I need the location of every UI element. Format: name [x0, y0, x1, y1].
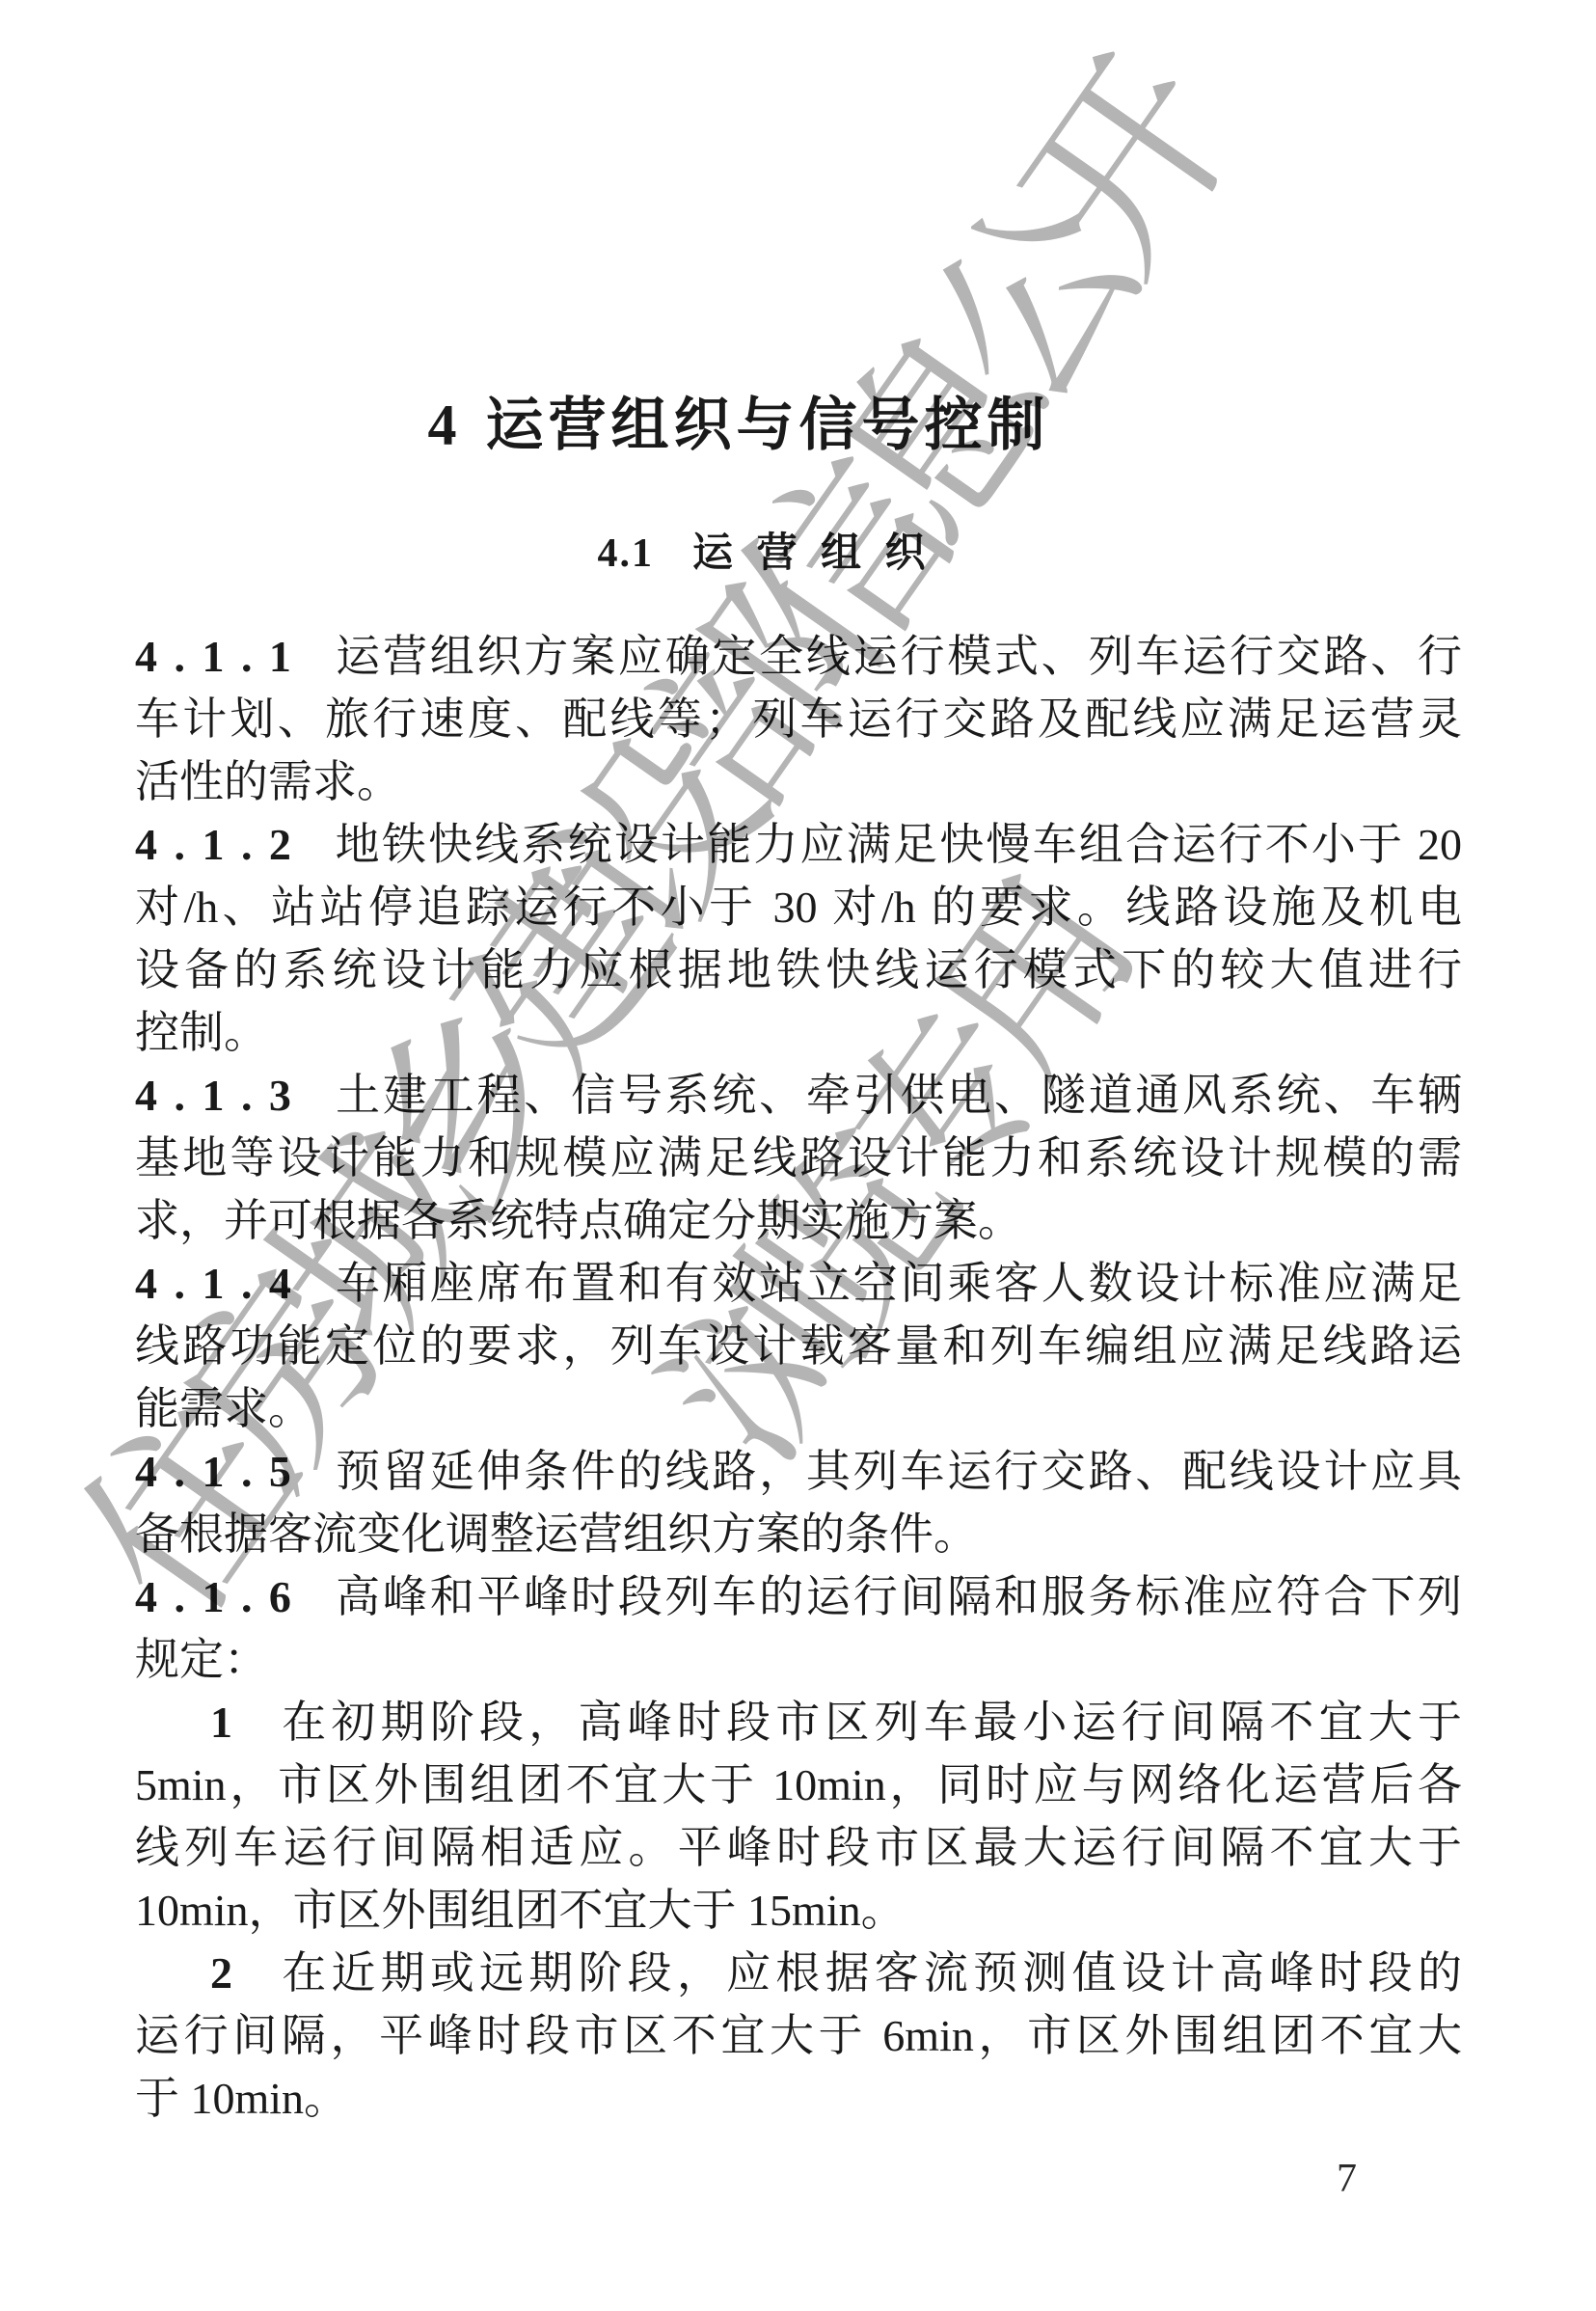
subitem-line: 线列车运行间隔相适应。平峰时段市区最大运行间隔不宜大于: [135, 1816, 1462, 1879]
clause-line: 活性的需求。: [135, 750, 1462, 813]
subitem-number: 2: [210, 1948, 232, 1998]
clause-line: 4.1.6高峰和平峰时段列车的运行间隔和服务标准应符合下列: [135, 1565, 1462, 1628]
subitem-line: 于 10min。: [135, 2067, 1462, 2130]
subitem-line: 2在近期或远期阶段，应根据客流预测值设计高峰时段的: [135, 1942, 1462, 2004]
clause-line: 4.1.4车厢座席布置和有效站立空间乘客人数设计标准应满足: [135, 1252, 1462, 1315]
chapter-number: 4: [428, 394, 457, 457]
subitem-line: 10min，市区外围组团不宜大于 15min。: [135, 1879, 1462, 1942]
clause-line: 4.1.2地铁快线系统设计能力应满足快慢车组合运行不小于 20: [135, 813, 1462, 876]
clause-number: 4.1.3: [135, 1071, 308, 1120]
clause-text: 地铁快线系统设计能力应满足快慢车组合运行不小于 20: [333, 820, 1462, 869]
subitem-number: 1: [210, 1698, 232, 1747]
clause-text: 车厢座席布置和有效站立空间乘客人数设计标准应满足: [333, 1259, 1462, 1308]
clause-line: 线路功能定位的要求，列车设计载客量和列车编组应满足线路运: [135, 1315, 1462, 1377]
section-heading: 4.1运 营 组 织: [101, 530, 1428, 578]
chapter-heading: 4运营组织与信号控制: [75, 394, 1402, 457]
clause-text: 预留延伸条件的线路，其列车运行交路、配线设计应具: [333, 1447, 1462, 1496]
clause-number: 4.1.6: [135, 1572, 308, 1621]
clause-line: 规定：: [135, 1628, 1462, 1691]
clauses-body: 4.1.1运营组织方案应确定全线运行模式、列车运行交路、行车计划、旅行速度、配线…: [135, 625, 1462, 2130]
clause-number: 4.1.5: [135, 1447, 308, 1496]
clause-line: 备根据客流变化调整运营组织方案的条件。: [135, 1503, 1462, 1565]
clause-line: 车计划、旅行速度、配线等；列车运行交路及配线应满足运营灵: [135, 688, 1462, 750]
clause-line: 4.1.3土建工程、信号系统、牵引供电、隧道通风系统、车辆: [135, 1064, 1462, 1127]
clause-line: 4.1.5预留延伸条件的线路，其列车运行交路、配线设计应具: [135, 1440, 1462, 1503]
clause-text: 高峰和平峰时段列车的运行间隔和服务标准应符合下列: [333, 1572, 1462, 1621]
clause-text: 运营组织方案应确定全线运行模式、列车运行交路、行: [333, 632, 1462, 681]
subitem-line: 运行间隔，平峰时段市区不宜大于 6min，市区外围组团不宜大: [135, 2004, 1462, 2067]
subitem-line: 5min，市区外围组团不宜大于 10min，同时应与网络化运营后各: [135, 1754, 1462, 1816]
clause-number: 4.1.2: [135, 820, 308, 869]
clause-line: 基地等设计能力和规模应满足线路设计能力和系统设计规模的需: [135, 1127, 1462, 1189]
subitem-text: 在初期阶段，高峰时段市区列车最小运行间隔不宜大于: [277, 1698, 1462, 1747]
clause-line: 求，并可根据各系统特点确定分期实施方案。: [135, 1189, 1462, 1252]
subitem-text: 在近期或远期阶段，应根据客流预测值设计高峰时段的: [277, 1948, 1462, 1998]
subitem-line: 1在初期阶段，高峰时段市区列车最小运行间隔不宜大于: [135, 1691, 1462, 1754]
clause-line: 设备的系统设计能力应根据地铁快线运行模式下的较大值进行: [135, 938, 1462, 1001]
section-number: 4.1: [597, 531, 654, 576]
clause-line: 能需求。: [135, 1377, 1462, 1440]
page-number: 7: [1337, 2155, 1357, 2203]
chapter-title: 运营组织与信号控制: [486, 394, 1050, 457]
clause-number: 4.1.1: [135, 632, 308, 681]
document-page: 4运营组织与信号控制 4.1运 营 组 织 4.1.1运营组织方案应确定全线运行…: [0, 0, 1596, 2311]
clause-number: 4.1.4: [135, 1259, 308, 1308]
clause-line: 4.1.1运营组织方案应确定全线运行模式、列车运行交路、行: [135, 625, 1462, 688]
clause-line: 对/h、站站停追踪运行不小于 30 对/h 的要求。线路设施及机电: [135, 876, 1462, 938]
clause-line: 控制。: [135, 1001, 1462, 1064]
clause-text: 土建工程、信号系统、牵引供电、隧道通风系统、车辆: [333, 1071, 1462, 1120]
section-title: 运 营 组 织: [692, 531, 933, 576]
